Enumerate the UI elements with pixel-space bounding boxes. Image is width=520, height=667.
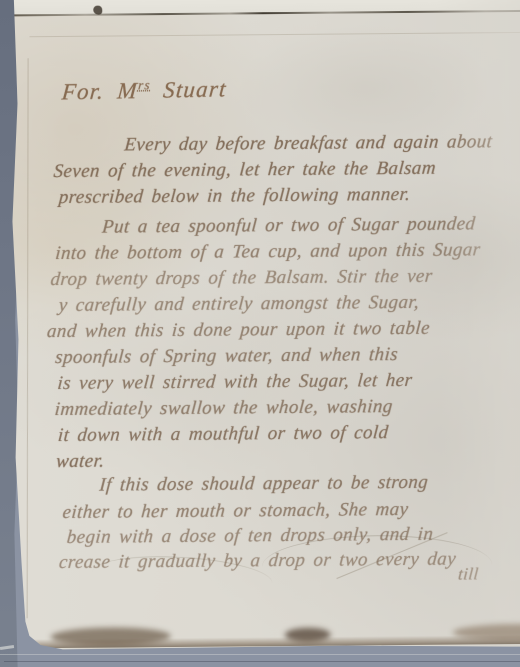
manuscript-line: water.: [55, 452, 105, 471]
manuscript-line: and when this is done pour upon it two t…: [46, 319, 430, 341]
manuscript-line: drop twenty drops of the Balsam. Stir th…: [50, 267, 434, 289]
manuscript-line: Put a tea spoonful or two of Sugar pound…: [101, 214, 476, 236]
manuscript-line: prescribed below in the following manner…: [58, 185, 411, 207]
manuscript-line: into the bottom of a Tea cup, and upon t…: [55, 240, 482, 263]
manuscript-line: y carefully and entirely amongst the Sug…: [58, 293, 420, 315]
underlying-sheet-shadow: [4, 661, 520, 662]
manuscript-line: begin with a dose of ten drops only, and…: [66, 525, 434, 547]
manuscript-line: spoonfuls of Spring water, and when this: [55, 345, 399, 367]
manuscript-line: it down with a mouthful or two of cold: [57, 423, 389, 445]
manuscript-line: If this dose should appear to be strong: [99, 473, 429, 495]
heading-surname: Stuart: [149, 76, 228, 102]
manuscript-line: immediately swallow the whole, washing: [54, 397, 394, 419]
ink-fade-overlay: [437, 0, 520, 651]
manuscript-page: For. Mrs Stuart Every day before breakfa…: [7, 0, 520, 654]
manuscript-line: crease it gradually by a drop or two eve…: [58, 550, 456, 572]
manuscript-line: is very well stirred with the Sugar, let…: [57, 371, 413, 393]
underlying-sheet-edge: [0, 654, 520, 655]
manuscript-line: Seven of the evening, let her take the B…: [53, 159, 437, 181]
document-heading: For. Mrs Stuart: [61, 76, 228, 106]
scanned-manuscript-photo: For. Mrs Stuart Every day before breakfa…: [0, 0, 520, 667]
heading-prefix: For. M: [61, 78, 139, 104]
manuscript-line: either to her mouth or stomach, She may: [62, 500, 409, 522]
